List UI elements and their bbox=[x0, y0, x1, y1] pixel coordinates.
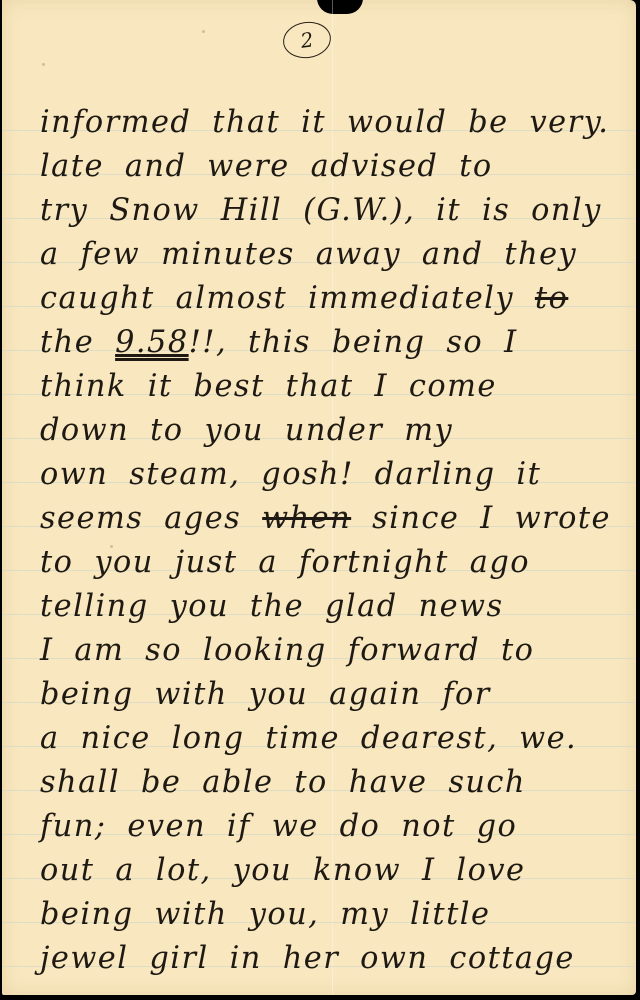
text-line: try Snow Hill (G.W.), it is only bbox=[40, 188, 608, 232]
text-line: jewel girl in her own cottage bbox=[40, 936, 608, 980]
text-line: informed that it would be very. bbox=[40, 100, 608, 144]
text-line: shall be able to have such bbox=[40, 760, 608, 804]
text-line: seems ages when since I wrote bbox=[40, 496, 608, 540]
text-line: telling you the glad news bbox=[40, 584, 608, 628]
text-line: late and were advised to bbox=[40, 144, 608, 188]
text-fragment: caught almost immediately bbox=[40, 280, 535, 316]
text-line: a nice long time dearest, we. bbox=[40, 716, 608, 760]
text-line: the 9.58!!, this being so I bbox=[40, 320, 608, 364]
page-number-circled: 2 bbox=[281, 19, 334, 61]
text-fragment: seems ages bbox=[40, 500, 262, 536]
text-line: think it best that I come bbox=[40, 364, 608, 408]
text-line: caught almost immediately to bbox=[40, 276, 608, 320]
struck-word: to bbox=[535, 280, 568, 316]
struck-word: when bbox=[262, 500, 351, 536]
text-line: being with you again for bbox=[40, 672, 608, 716]
handwritten-text: informed that it would be very. late and… bbox=[40, 100, 620, 980]
paper-spot bbox=[202, 30, 205, 33]
text-fragment: the bbox=[40, 324, 115, 360]
page-notch bbox=[317, 0, 363, 14]
text-fragment: !!, this being so I bbox=[189, 324, 518, 360]
underlined-time: 9.58 bbox=[115, 324, 189, 360]
text-line: to you just a fortnight ago bbox=[40, 540, 608, 584]
paper-spot bbox=[42, 63, 45, 66]
text-line: own steam, gosh! darling it bbox=[40, 452, 608, 496]
letter-page: 2 informed that it would be very. late a… bbox=[2, 0, 636, 995]
text-line: fun; even if we do not go bbox=[40, 804, 608, 848]
text-line: a few minutes away and they bbox=[40, 232, 608, 276]
text-line: down to you under my bbox=[40, 408, 608, 452]
text-line: out a lot, you know I love bbox=[40, 848, 608, 892]
text-fragment: since I wrote bbox=[351, 500, 611, 536]
page-number: 2 bbox=[299, 27, 315, 53]
text-line: I am so looking forward to bbox=[40, 628, 608, 672]
text-line: being with you, my little bbox=[40, 892, 608, 936]
